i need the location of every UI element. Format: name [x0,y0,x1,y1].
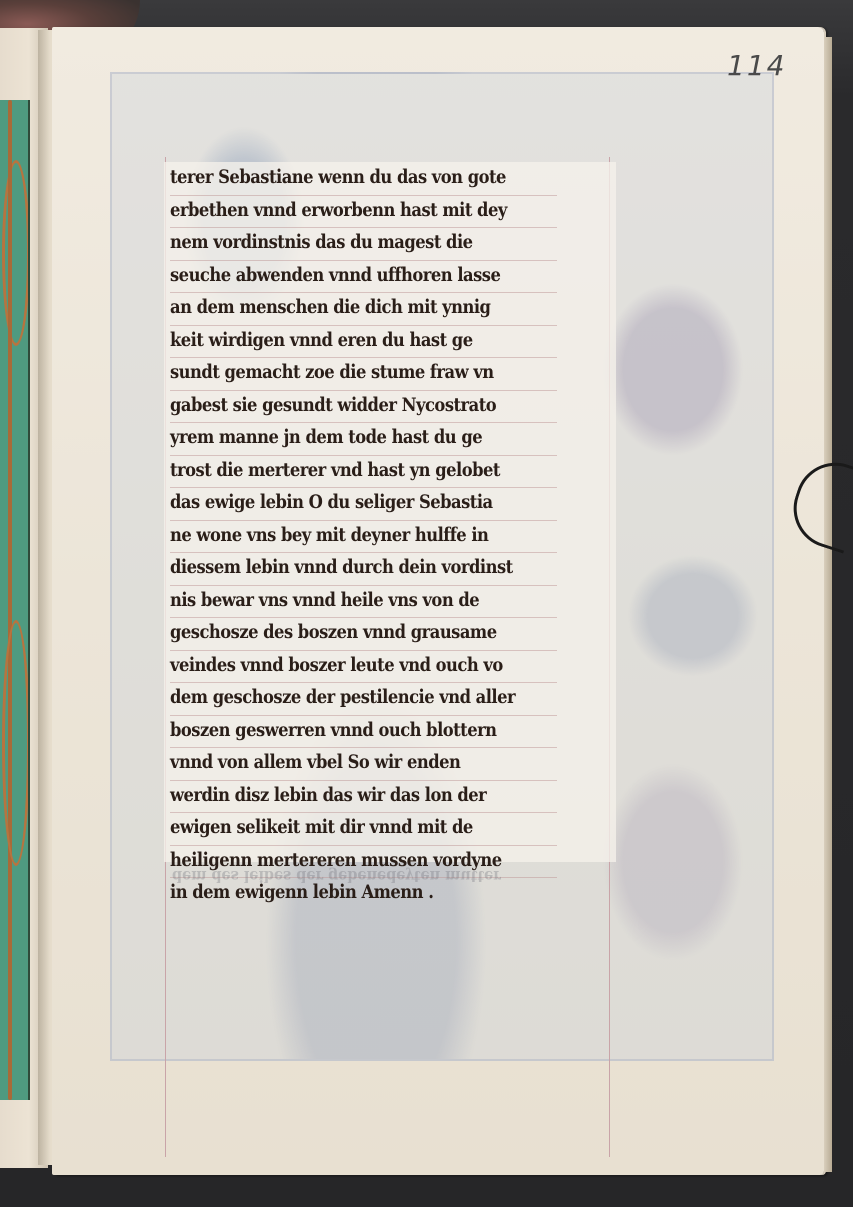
text-line: ewigen selikeit mit dir vnnd mit de [170,812,557,846]
text-line: werdin disz lebin das wir das lon der [170,780,557,814]
text-line: vnnd von allem vbel So wir enden [170,747,557,781]
text-column: terer Sebastiane wenn du das von gote er… [164,162,616,862]
text-line: terer Sebastiane wenn du das von gote [170,162,557,196]
folio-number: 114 [727,49,786,82]
text-line: geschosze des boszen vnnd grausame [170,617,557,651]
manuscript-page: 114 terer Sebastiane wenn du das von got… [52,27,824,1175]
text-line: an dem menschen die dich mit ynnig [170,292,557,326]
text-line: nem vordinstnis das du magest die [170,227,557,261]
text-line: ne wone vns bey mit deyner hulffe in [170,520,557,554]
page-edge [824,37,832,1172]
text-line: sundt gemacht zoe die stume fraw vn [170,357,557,391]
bleed-through-text: dem des leibes der gebenedeyten mutter [172,863,568,889]
text-line: dem geschosze der pestilencie vnd aller [170,682,557,716]
text-line: trost die merterer vnd hast yn gelobet [170,455,557,489]
vine-ornament [8,100,12,1100]
text-line: seuche abwenden vnnd uffhoren lasse [170,260,557,294]
text-line: gabest sie gesundt widder Nycostrato [170,390,557,424]
text-line: veindes vnnd boszer leute vnd ouch vo [170,650,557,684]
text-line: nis bewar vns vnnd heile vns von de [170,585,557,619]
text-line: keit wirdigen vnnd eren du hast ge [170,325,557,359]
text-line: diessem lebin vnnd durch dein vordinst [170,552,557,586]
text-line: boszen geswerren vnnd ouch blottern [170,715,557,749]
illuminated-border [0,100,30,1100]
text-line: erbethen vnnd erworbenn hast mit dey [170,195,557,229]
text-line: yrem manne jn dem tode hast du ge [170,422,557,456]
text-line: das ewige lebin O du seliger Sebastia [170,487,557,521]
